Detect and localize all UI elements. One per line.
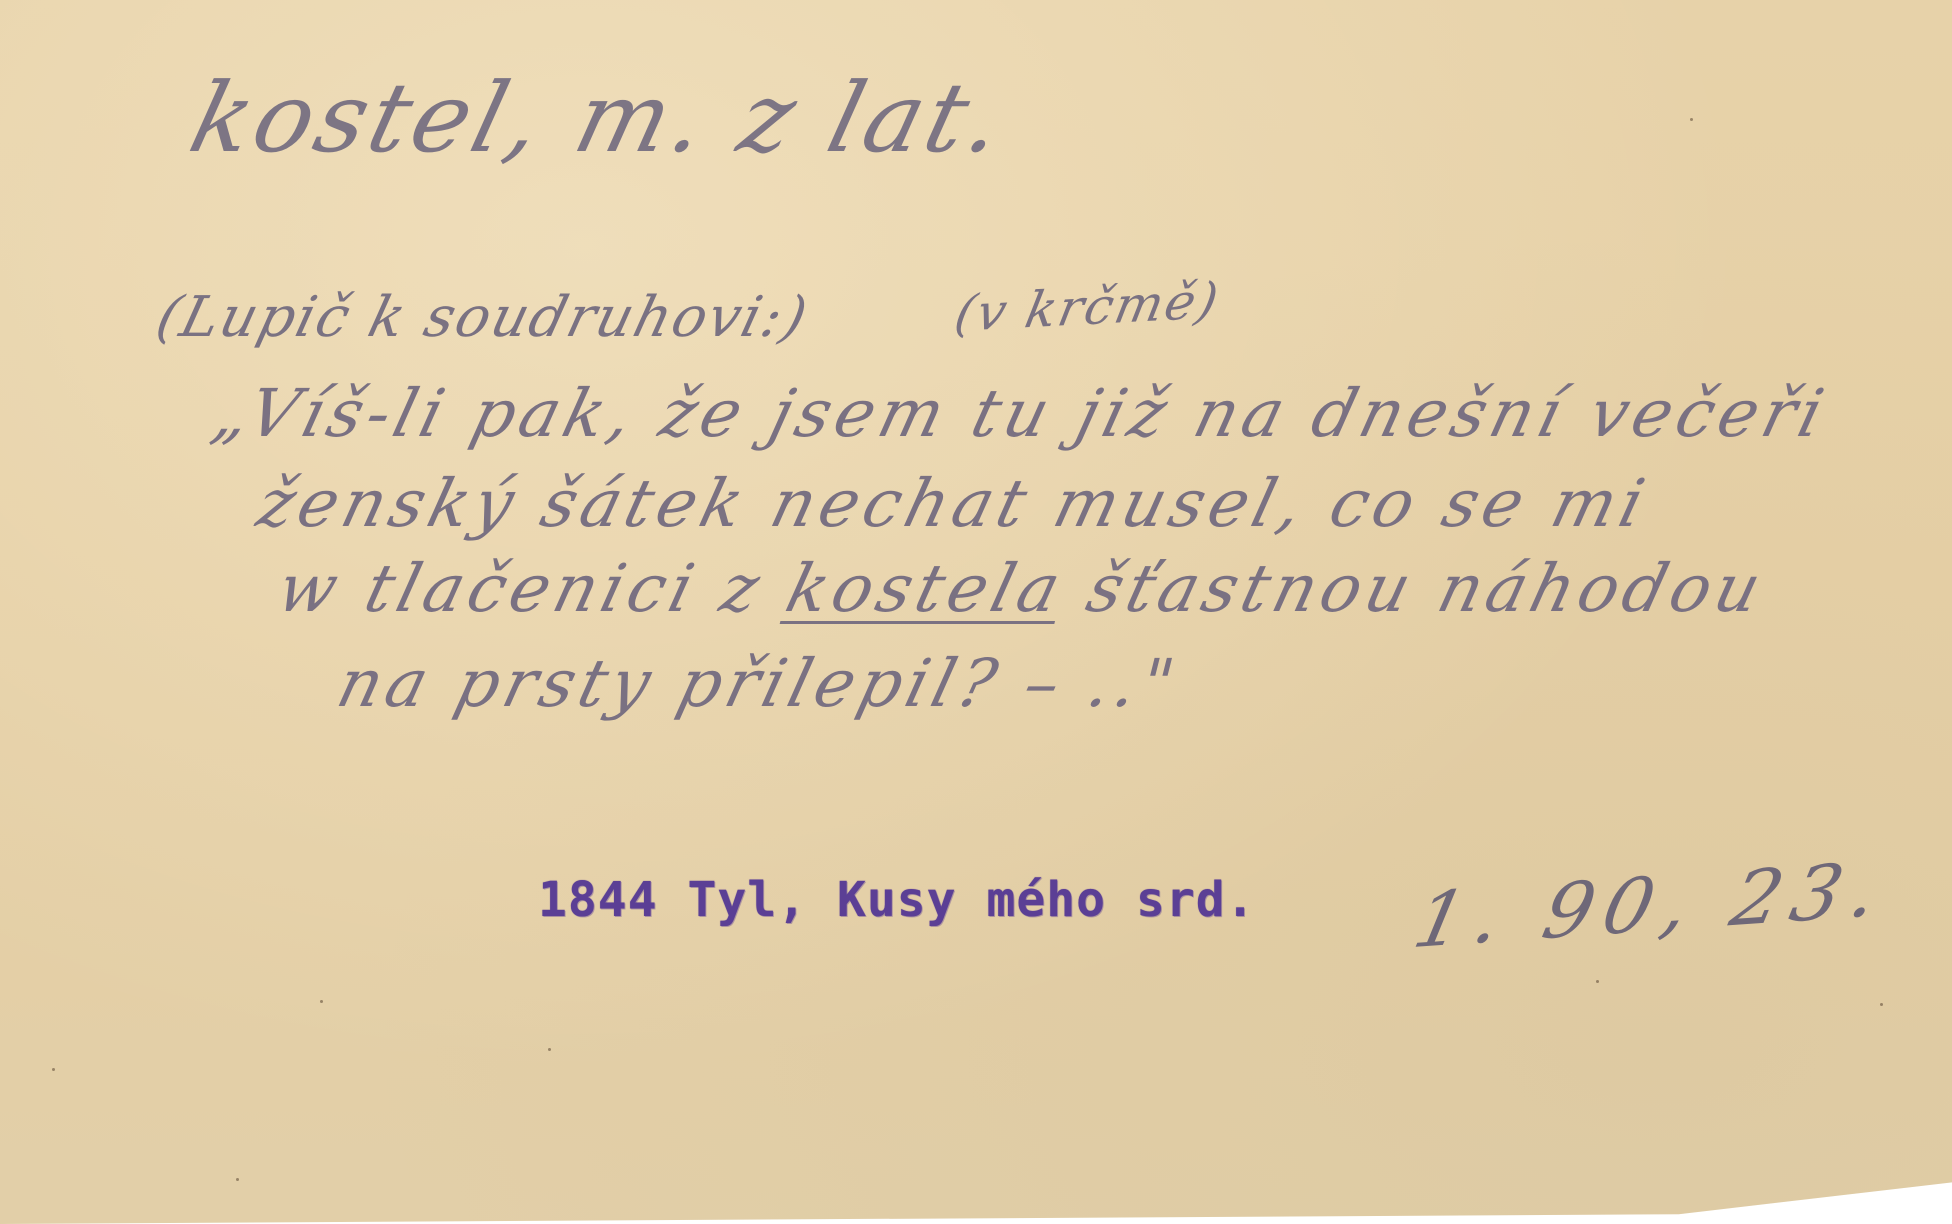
speaker-note: (Lupič k soudruhovi:) (150, 285, 815, 350)
location-note: (v krčmě) (950, 271, 1225, 343)
source-stamp: 1844 Tyl, Kusy mého srd. (538, 872, 1256, 928)
paper-speck (52, 1068, 55, 1071)
quote-line-2: ženský šátek nechat musel, co se mi (250, 465, 1657, 542)
card-heading: kostel, m. z lat. (180, 62, 1018, 174)
quote-line-1: „Víš-li pak, že jsem tu již na dnešní ve… (205, 375, 1836, 452)
paper-speck (1880, 1003, 1883, 1006)
paper-speck (236, 1178, 239, 1181)
paper-speck (1690, 118, 1693, 121)
paper-speck (1596, 980, 1599, 983)
quote-line-4-text: na prsty přilepil? – .. (330, 645, 1151, 722)
paper-speck (548, 1048, 551, 1051)
quote-line-3: w tlačenici z kostela šťastnou náhodou (270, 550, 1773, 627)
quote-line-3-start: w tlačenici z (270, 550, 798, 627)
quote-line-3-end: šťastnou náhodou (1054, 550, 1774, 627)
quote-line-4: na prsty přilepil? – .." (330, 645, 1187, 722)
index-card: kostel, m. z lat. (Lupič k soudruhovi:) … (0, 0, 1952, 1224)
reference-number: 1. 90, 23. (1406, 844, 1896, 965)
paper-speck (320, 1000, 323, 1003)
underlined-headword: kostela (779, 550, 1073, 627)
